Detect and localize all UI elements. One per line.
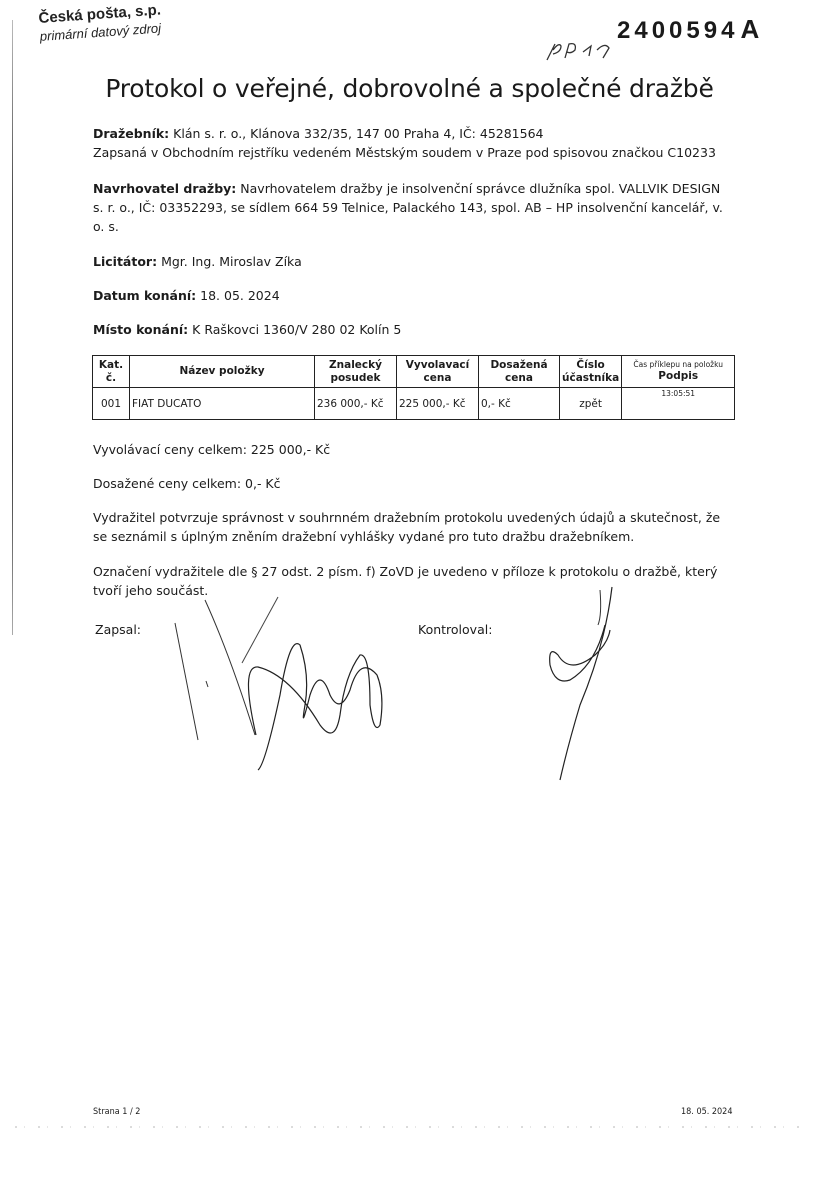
table-row: 001 FIAT DUCATO 236 000,- Kč 225 000,- K… — [93, 388, 735, 420]
scan-edge-line — [12, 20, 13, 635]
checked-by-label: Kontroloval: — [418, 622, 492, 637]
signature-written-by — [170, 595, 390, 775]
cell-name: FIAT DUCATO — [130, 388, 315, 420]
header-podpis-label: Podpis — [658, 370, 698, 382]
items-table: Kat. č. Název položky Znaleckýposudek Vy… — [92, 355, 735, 420]
header-dosazena-line1: Dosažená — [490, 359, 547, 371]
header-znalecky-line1: Znalecký — [329, 359, 382, 371]
auctioneer-value: Klán s. r. o., Klánova 332/35, 147 00 Pr… — [173, 126, 543, 141]
proposer-section: Navrhovatel dražby: Navrhovatelem dražby… — [93, 179, 733, 236]
signature-checked-by — [540, 585, 620, 785]
cell-cislo: zpět — [560, 388, 622, 420]
header-znalecky: Znaleckýposudek — [315, 356, 397, 388]
confirmation-statement: Vydražitel potvrzuje správnost v souhrnn… — [93, 508, 733, 546]
header-dosazena: Dosaženácena — [479, 356, 560, 388]
cell-cas: 13:05:51 — [622, 388, 735, 420]
auctioneer-registration: Zapsaná v Obchodním rejstříku vedeném Mě… — [93, 145, 716, 160]
postal-stamp: Česká pošta, s.p. primární datový zdroj — [38, 1, 163, 43]
written-by-label: Zapsal: — [95, 622, 141, 637]
licitator-section: Licitátor: Mgr. Ing. Miroslav Zíka — [93, 252, 733, 271]
header-dosazena-line2: cena — [505, 372, 533, 384]
date-section: Datum konání: 18. 05. 2024 — [93, 286, 733, 305]
table-header-row: Kat. č. Název položky Znaleckýposudek Vy… — [93, 356, 735, 388]
licitator-label: Licitátor: — [93, 254, 157, 269]
place-value: K Raškovci 1360/V 280 02 Kolín 5 — [192, 322, 401, 337]
total-dosazene: Dosažené ceny celkem: 0,- Kč — [93, 474, 733, 493]
document-number-digits: 2400594 — [617, 17, 738, 44]
date-label: Datum konání: — [93, 288, 196, 303]
cell-dosazena: 0,- Kč — [479, 388, 560, 420]
place-label: Místo konání: — [93, 322, 188, 337]
footer-date: 18. 05. 2024 — [681, 1107, 733, 1117]
scan-noise — [15, 1126, 805, 1128]
header-vyvolavaci-line1: Vyvolavací — [406, 359, 469, 371]
header-vyvolavaci: Vyvolavacícena — [397, 356, 479, 388]
header-name: Název položky — [130, 356, 315, 388]
handwritten-note — [543, 36, 623, 64]
document-number: 2400594A — [617, 14, 763, 45]
auctioneer-label: Dražebník: — [93, 126, 169, 141]
document-number-suffix: A — [740, 14, 763, 44]
header-cislo-line2: účastníka — [562, 372, 619, 384]
cell-kat: 001 — [93, 388, 130, 420]
place-section: Místo konání: K Raškovci 1360/V 280 02 K… — [93, 320, 733, 339]
total-vyvolavaci: Vyvolávací ceny celkem: 225 000,- Kč — [93, 440, 733, 459]
header-cas-priklepu: Čas příklepu na položku — [624, 360, 732, 370]
date-value: 18. 05. 2024 — [200, 288, 280, 303]
licitator-value: Mgr. Ing. Miroslav Zíka — [161, 254, 302, 269]
auctioneer-section: Dražebník: Klán s. r. o., Klánova 332/35… — [93, 124, 733, 162]
page-number: Strana 1 / 2 — [93, 1107, 140, 1117]
page-title: Protokol o veřejné, dobrovolné a společn… — [0, 74, 819, 103]
header-znalecky-line2: posudek — [330, 372, 380, 384]
header-vyvolavaci-line2: cena — [424, 372, 452, 384]
header-cislo-line1: Číslo — [576, 359, 604, 371]
proposer-label: Navrhovatel dražby: — [93, 181, 236, 196]
header-podpis: Čas příklepu na položkuPodpis — [622, 356, 735, 388]
header-kat: Kat. č. — [93, 356, 130, 388]
cell-vyvolavaci: 225 000,- Kč — [397, 388, 479, 420]
cell-znalecky: 236 000,- Kč — [315, 388, 397, 420]
header-cislo: Čísloúčastníka — [560, 356, 622, 388]
